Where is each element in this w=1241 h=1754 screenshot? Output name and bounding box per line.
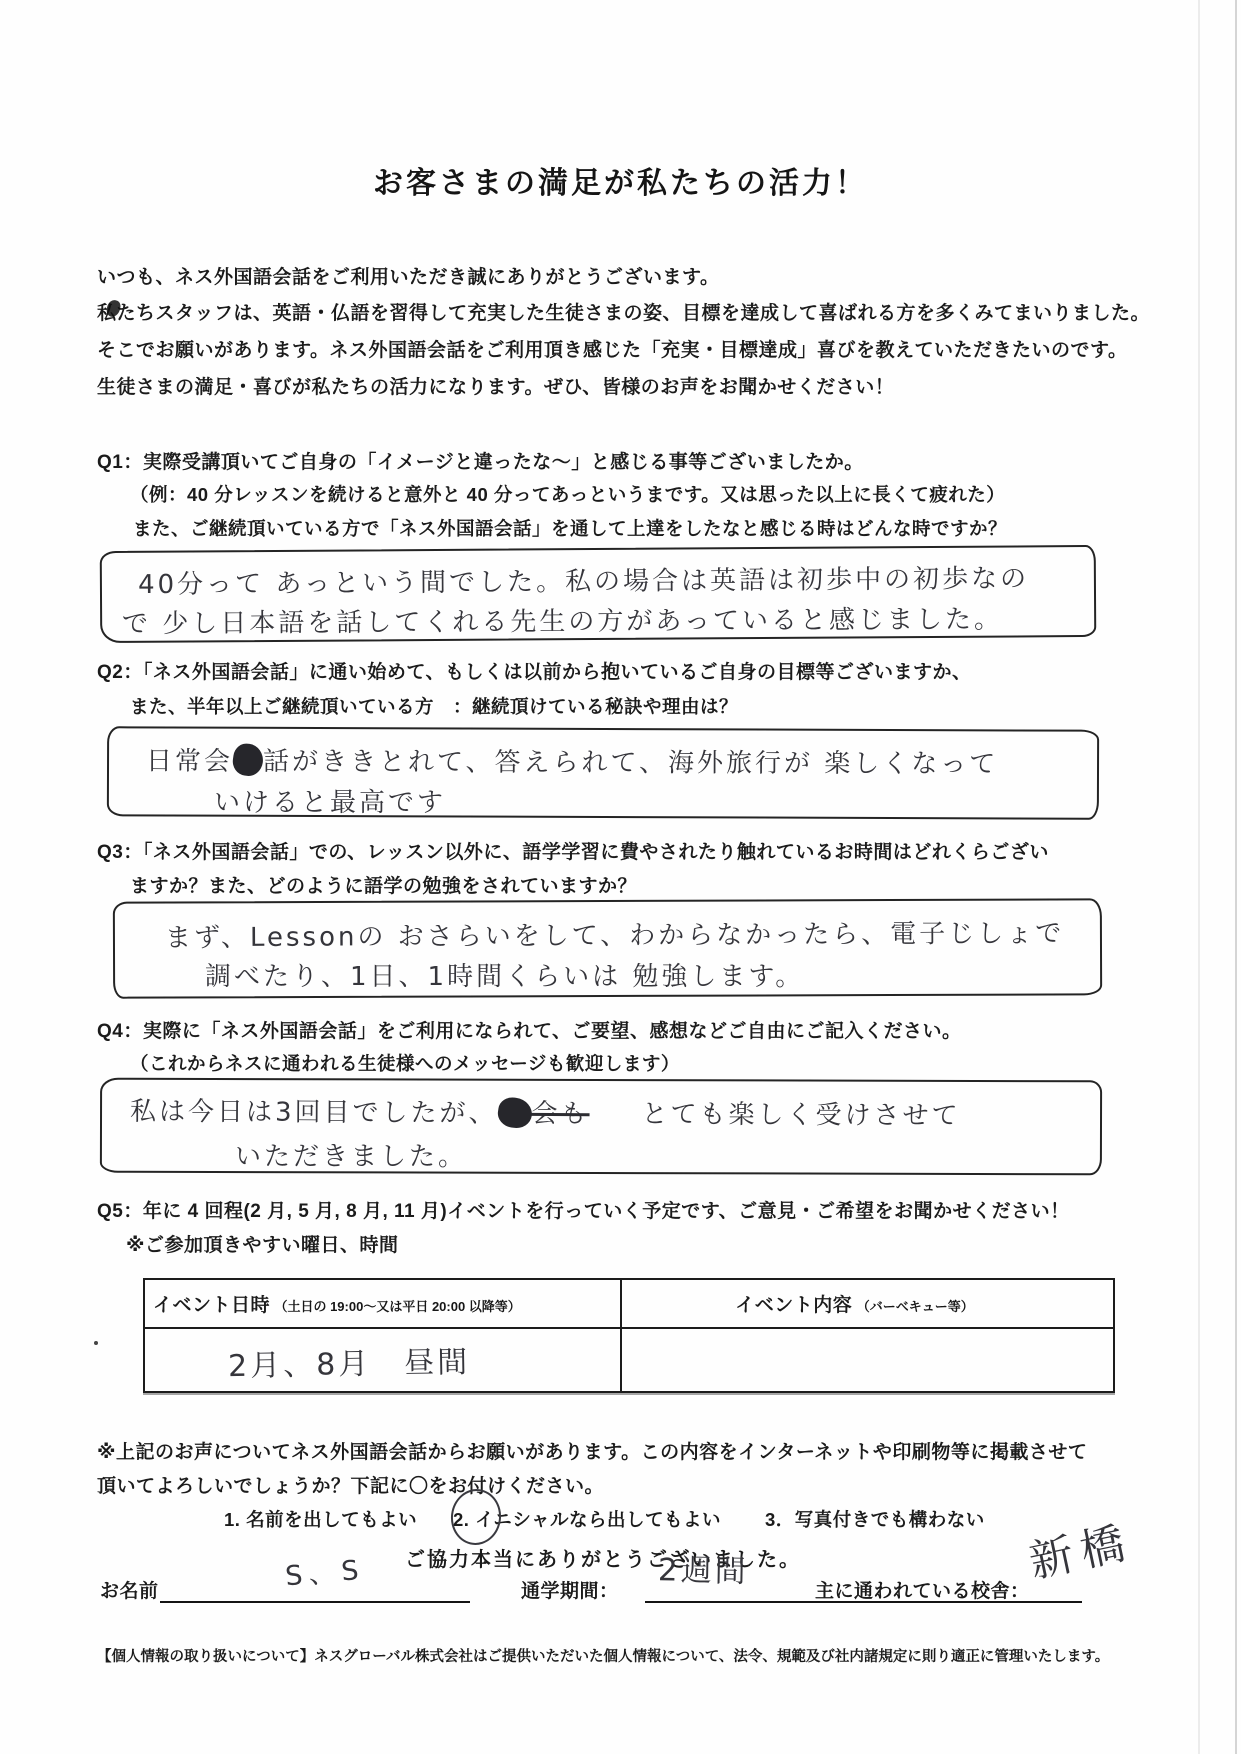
- q4-heading: Q4：実際に「ネス外国語会話」をご利用になられて、ご要望、感想などご自由にご記入…: [97, 1016, 961, 1043]
- q3-answer-line-2: 調べたり、1日、1時間くらいは 勉強します。: [205, 956, 804, 993]
- q2-answer-post: 話がききとれて、答えられて、海外旅行が 楽しくなって: [263, 747, 998, 780]
- school-underline: [815, 1601, 1082, 1603]
- scribble-redaction: [231, 742, 265, 778]
- permission-line-1: ※上記のお声についてネス外国語会話からお願いがあります。この内容をインターネット…: [97, 1437, 1087, 1464]
- q2-answer-line-1: 日常会話がききとれて、答えられて、海外旅行が 楽しくなって: [146, 741, 998, 781]
- event-datetime-value: 2月、8月 昼間: [228, 1337, 471, 1385]
- scan-artifact-line: [1198, 0, 1200, 1754]
- q4-answer-line-1: 私は今日は3回目でしたが、会もとても楽しく受けさせて: [130, 1091, 961, 1132]
- period-value: 2週間: [658, 1544, 750, 1591]
- permission-line-2: 頂いてよろしいでしょうか？下記に〇をお付けください。: [97, 1471, 604, 1498]
- page-title: お客さまの満足が私たちの活力！: [0, 158, 1241, 202]
- name-value: S、S: [283, 1548, 365, 1594]
- school-label: 主に通われている校舎：: [815, 1576, 1030, 1603]
- school-value: 新橋: [1022, 1506, 1137, 1590]
- q3-heading-line-2: ますか？また、どのように語学の勉強をされていますか？: [130, 871, 637, 898]
- event-datetime-label: イベント日時: [153, 1295, 270, 1316]
- q1-answer-line-2: で 少し日本語を話してくれる先生の方があっていると感じました。: [122, 599, 1003, 641]
- q1-example: （例：40 分レッスンを続けると意外と 40 分ってあっというまです。又は思った…: [130, 481, 1005, 507]
- q1-subquestion: また、ご継続頂いている方で「ネス外国語会話」を通して上達をしたなと感じる時はどん…: [133, 515, 1007, 541]
- intro-line-3: そこでお願いがあります。ネス外国語会話をご利用頂き感じた「充実・目標達成」喜びを…: [97, 335, 1127, 362]
- permission-option-3: 3．写真付きでも構わない: [765, 1506, 985, 1532]
- event-content-cell: [622, 1329, 1087, 1391]
- event-table-header-datetime: イベント日時 （土日の 19:00～又は平日 20:00 以降等）: [145, 1280, 622, 1327]
- q4-struck-text: 会も: [531, 1099, 589, 1129]
- intro-line-1: いつも、ネス外国語会話をご利用いただき誠にありがとうございます。: [97, 262, 719, 289]
- q4-answer-line-2: いただきました。: [235, 1136, 467, 1173]
- q4-answer-pre: 私は今日は3回目でしたが、: [130, 1097, 498, 1129]
- intro-line-4: 生徒さまの満足・喜びが私たちの活力になります。ぜひ、皆様のお声をお聞かせください…: [97, 372, 894, 399]
- event-table: イベント日時 （土日の 19:00～又は平日 20:00 以降等） イベント内容…: [143, 1278, 1115, 1393]
- q2-answer-line-2: いけると最高です: [214, 782, 446, 819]
- q2-answer-pre: 日常会: [146, 747, 233, 777]
- event-datetime-note: （土日の 19:00～又は平日 20:00 以降等）: [274, 1299, 520, 1314]
- q3-answer-line-1: まず、Lessonの おさらいをして、わからなかったら、電子じしょで: [165, 913, 1064, 955]
- q1-heading: Q1：実際受講頂いてご自身の「イメージと違ったな～」と感じる事等ございましたか。: [97, 447, 864, 474]
- q5-subnote: ※ご参加頂きやすい曜日、時間: [126, 1230, 398, 1257]
- q3-heading-line-1: Q3：「ネス外国語会話」での、レッスン以外に、語学学習に費やされたり触れているお…: [97, 837, 1049, 864]
- scan-speck: [94, 1341, 98, 1345]
- event-table-body-row: 2月、8月 昼間: [145, 1329, 1113, 1391]
- event-table-header-content: イベント内容 （バーベキュー等）: [622, 1280, 1087, 1327]
- event-table-header-row: イベント日時 （土日の 19:00～又は平日 20:00 以降等） イベント内容…: [145, 1280, 1113, 1329]
- scribble-strikeout: [496, 1096, 534, 1131]
- period-label: 通学期間：: [521, 1576, 619, 1603]
- event-datetime-cell: 2月、8月 昼間: [145, 1329, 622, 1391]
- privacy-note: 【個人情報の取り扱いについて】ネスグローバル株式会社はご提供いただいた個人情報に…: [97, 1645, 1109, 1666]
- scan-edge-line: [1235, 0, 1237, 1754]
- event-content-note: （バーベキュー等）: [857, 1299, 974, 1314]
- q2-subquestion: また、半年以上ご継続頂いている方 ：継続頂けている秘訣や理由は？: [130, 693, 738, 719]
- name-underline: [160, 1601, 470, 1603]
- period-underline: [645, 1601, 832, 1603]
- scanned-survey-page: お客さまの満足が私たちの活力！ いつも、ネス外国語会話をご利用いただき誠にありが…: [0, 0, 1241, 1754]
- q4-answer-post: とても楽しく受けさせて: [641, 1100, 960, 1132]
- q4-subnote: （これからネスに通われる生徒様へのメッセージも歓迎します）: [130, 1050, 680, 1076]
- q5-heading: Q5：年に 4 回程(2 月, 5 月, 8 月, 11 月)イベントを行ってい…: [97, 1196, 1070, 1223]
- permission-option-1: 1. 名前を出してもよい: [224, 1506, 417, 1532]
- event-content-label: イベント内容: [735, 1295, 852, 1316]
- name-label: お名前: [100, 1576, 159, 1603]
- intro-line-2: 私たちスタッフは、英語・仏語を習得して充実した生徒さまの姿、目標を達成して喜ばれ…: [97, 298, 1150, 325]
- q2-heading: Q2：「ネス外国語会話」に通い始めて、もしくは以前から抱いているご自身の目標等ご…: [97, 657, 971, 684]
- q1-answer-line-1: 40分って あっという間でした。私の場合は英語は初歩中の初歩なの: [138, 558, 1029, 601]
